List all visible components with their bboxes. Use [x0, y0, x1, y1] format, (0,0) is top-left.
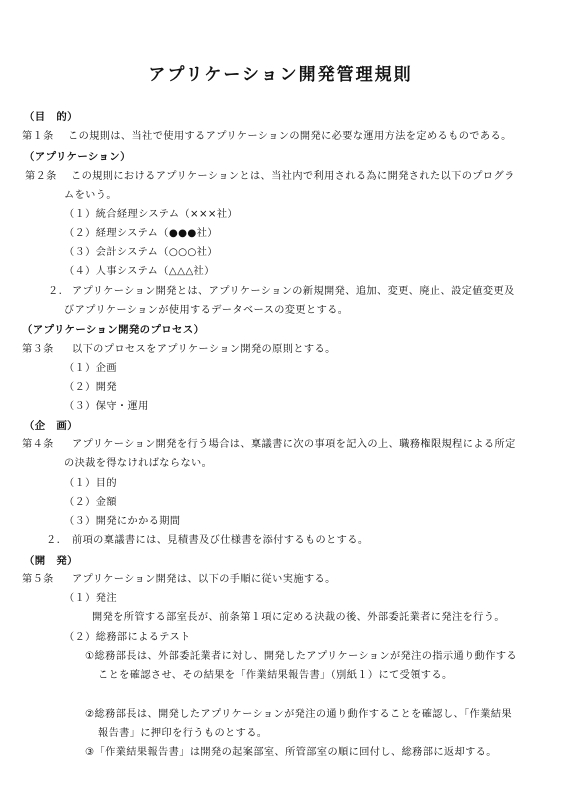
article-number: 第１条 [22, 130, 68, 144]
paragraph-number: ２. [46, 534, 72, 548]
article-text-continued: ムをいう。 [64, 189, 117, 203]
list-item: （３）開発にかかる期間 [64, 515, 180, 529]
section-heading-development: （開 発） [24, 554, 78, 568]
article-text: アプリケーション開発を行う場合は、稟議書に次の事項を記入の上、職務権限規程による… [72, 439, 516, 450]
list-item: （２）開発 [64, 381, 117, 395]
article-number: 第２条 [25, 170, 71, 184]
paragraph-text-continued: びアプリケーションが使用するデータベースの変更とする。 [64, 304, 348, 318]
list-item: （３）会計システム（○○○社） [64, 246, 218, 260]
section-heading-planning: （企 画） [24, 419, 78, 433]
document-page: アプリケーション開発管理規則 （目 的） 第１条この規則は、当社で使用するアプリ… [0, 0, 561, 802]
list-item: （１）企画 [64, 362, 117, 376]
article-1: 第１条この規則は、当社で使用するアプリケーションの開発に必要な運用方法を定めるも… [22, 130, 512, 144]
article-text: 以下のプロセスをアプリケーション開発の原則とする。 [72, 344, 336, 355]
article-number: 第３条 [22, 343, 72, 357]
list-item: （２）金額 [64, 496, 117, 510]
list-item-text: 開発を所管する部室長が、前条第１項に定める決裁の後、外部委託業者に発注を行う。 [92, 611, 505, 625]
paragraph-number: ２. [48, 285, 72, 299]
paragraph-text: アプリケーション開発とは、アプリケーションの新規開発、追加、変更、廃止、設定値変… [72, 286, 515, 297]
section-heading-application: （アプリケーション） [24, 150, 131, 164]
list-item-label: （２）総務部によるテスト [64, 631, 191, 645]
step-2-continued: 報告書」に押印を行うものとする。 [98, 727, 267, 741]
paragraph-2: ２.アプリケーション開発とは、アプリケーションの新規開発、追加、変更、廃止、設定… [48, 285, 515, 299]
article-text: この規則は、当社で使用するアプリケーションの開発に必要な運用方法を定めるものであ… [68, 131, 512, 142]
section-heading-process: （アプリケーション開発のプロセス） [22, 323, 204, 337]
article-2: 第２条この規則におけるアプリケーションとは、当社内で利用される為に開発された以下… [25, 170, 515, 184]
article-text: この規則におけるアプリケーションとは、当社内で利用される為に開発された以下のプロ… [71, 171, 515, 182]
article-text: アプリケーション開発は、以下の手順に従い実施する。 [72, 574, 336, 585]
step-2: ②総務部長は、開発したアプリケーションが発注の通り動作することを確認し、「作業結… [85, 708, 512, 722]
article-3: 第３条以下のプロセスをアプリケーション開発の原則とする。 [22, 343, 336, 357]
list-item: （２）経理システム（●●●社） [64, 227, 218, 241]
list-item: （３）保守・運用 [64, 400, 149, 414]
article-5: 第５条アプリケーション開発は、以下の手順に従い実施する。 [22, 573, 336, 587]
article-number: 第５条 [22, 573, 72, 587]
list-item: （４）人事システム（△△△社） [64, 265, 215, 279]
step-1-continued: ことを確認させ、その結果を「作業結果報告書」（別紙１）にて受領する。 [98, 669, 453, 683]
list-item-label: （１）発注 [64, 592, 117, 606]
section-heading-purpose: （目 的） [24, 110, 78, 124]
list-item: （１）目的 [64, 477, 117, 491]
article-number: 第４条 [22, 438, 72, 452]
step-3: ③「作業結果報告書」は開発の起案部室、所管部室の順に回付し、総務部に返却する。 [85, 746, 497, 760]
step-1: ①総務部長は、外部委託業者に対し、開発したアプリケーションが発注の指示通り動作す… [85, 650, 517, 664]
paragraph-text: 前項の稟議書には、見積書及び仕様書を添付するものとする。 [72, 535, 368, 546]
list-item: （１）統合経理システム（×××社） [64, 208, 238, 222]
paragraph-2: ２.前項の稟議書には、見積書及び仕様書を添付するものとする。 [46, 534, 368, 548]
article-4: 第４条アプリケーション開発を行う場合は、稟議書に次の事項を記入の上、職務権限規程… [22, 438, 516, 452]
document-title: アプリケーション開発管理規則 [0, 60, 561, 85]
article-text-continued: の決裁を得なければならない。 [64, 457, 212, 471]
